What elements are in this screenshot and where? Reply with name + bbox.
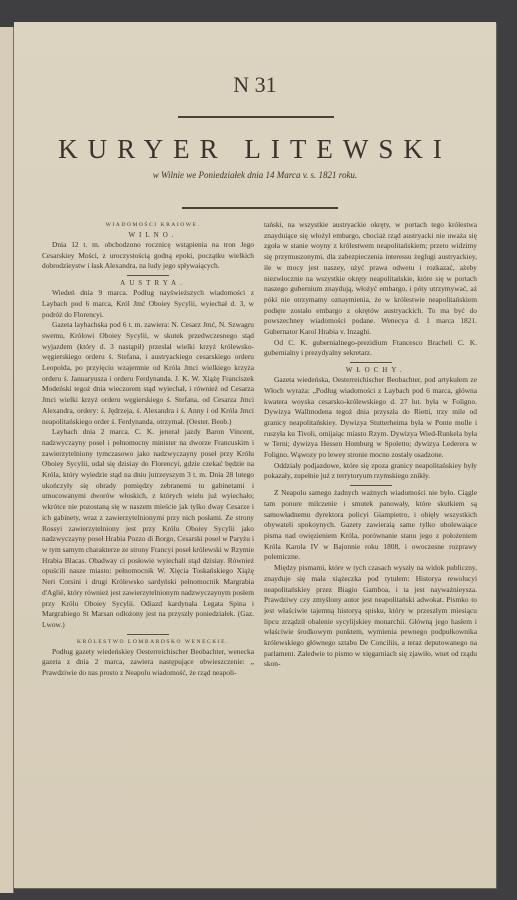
right-column: tański, na wszystkie austryackie okręty,… [264, 220, 477, 670]
left-column: WIADOMOŚCI KRAIOWE. WILNO. Dnia 12 t. m.… [42, 220, 254, 679]
issue-number: N 31 [14, 72, 496, 98]
italy-paragraph-1: Gazeta wiedeńska, Oesterreichischer Beob… [264, 375, 477, 461]
left-page-edge [0, 27, 14, 893]
naples-paragraph-2: Między pismami, które w tych czasach wys… [264, 563, 477, 670]
section-city-wilno: WILNO. [42, 230, 254, 240]
wilno-article: Dnia 12 t. m. obchodzono rocznicę wstąpi… [42, 240, 254, 272]
naples-paragraph-1: Z Neapolu samego żadnych ważnych wiadomo… [264, 488, 477, 563]
section-separator [350, 485, 392, 486]
continued-article: tański, na wszystkie austryackie okręty,… [264, 220, 477, 338]
newspaper-title: KURYER LITEWSKI [14, 134, 496, 165]
section-heading-austria: AUSTRYA. [42, 278, 254, 288]
masthead-rule-top [178, 116, 334, 119]
signature: Od C. K. gubernialnego-prezidium Frances… [264, 338, 477, 359]
section-heading-domestic-news: WIADOMOŚCI KRAIOWE. [42, 220, 254, 230]
masthead-rule-bottom [182, 207, 338, 209]
italy-paragraph-2: Oddziały podjazdowe, które się zpoza gra… [264, 461, 477, 482]
newspaper-page: N 31 KURYER LITEWSKI w Wilnie we Poniedz… [14, 22, 496, 888]
austria-paragraph-2: Gazeta laybachska pod 6 t. m. zawiera: N… [42, 320, 254, 427]
section-heading-italy: WŁOCHY. [264, 365, 477, 375]
section-separator [127, 275, 169, 276]
section-separator [350, 362, 392, 363]
section-separator [127, 634, 169, 635]
austria-paragraph-1: Wiedeń dnia 9 marca. Podług nayświeższyc… [42, 288, 254, 320]
section-heading-lombardy-venetia: KRÓLESTWO LOMBARDSKO WENECKIE. [42, 637, 254, 647]
lombardy-article: Podług gazety wiedeńskiey Oesterreichisc… [42, 647, 254, 679]
dateline: w Wilnie we Poniedziałek dnia 14 Marca v… [14, 170, 496, 180]
austria-paragraph-3: Laybach dnia 2 marca. C. K. jenerał jazd… [42, 427, 254, 630]
